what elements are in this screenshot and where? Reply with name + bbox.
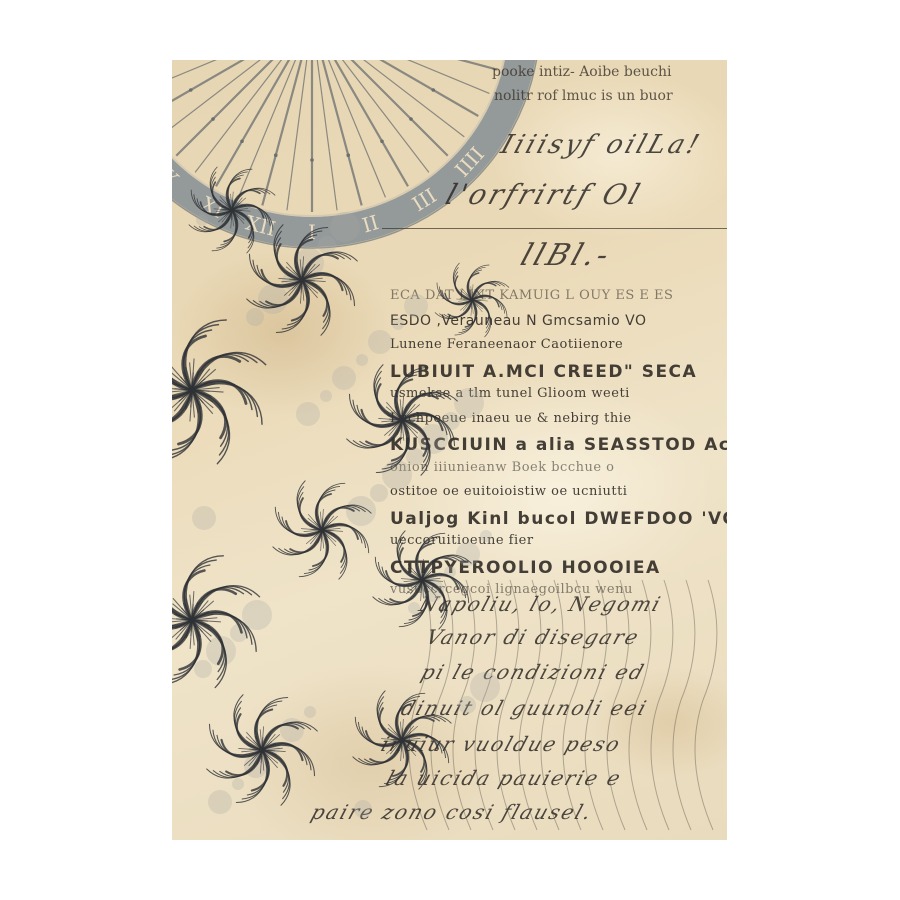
baroque-flourish-ornament: [172, 60, 727, 840]
decorative-paper-sheet: XXIXIIIIIIIIIIII pooke intiz- Aoibe beuc…: [172, 60, 727, 840]
